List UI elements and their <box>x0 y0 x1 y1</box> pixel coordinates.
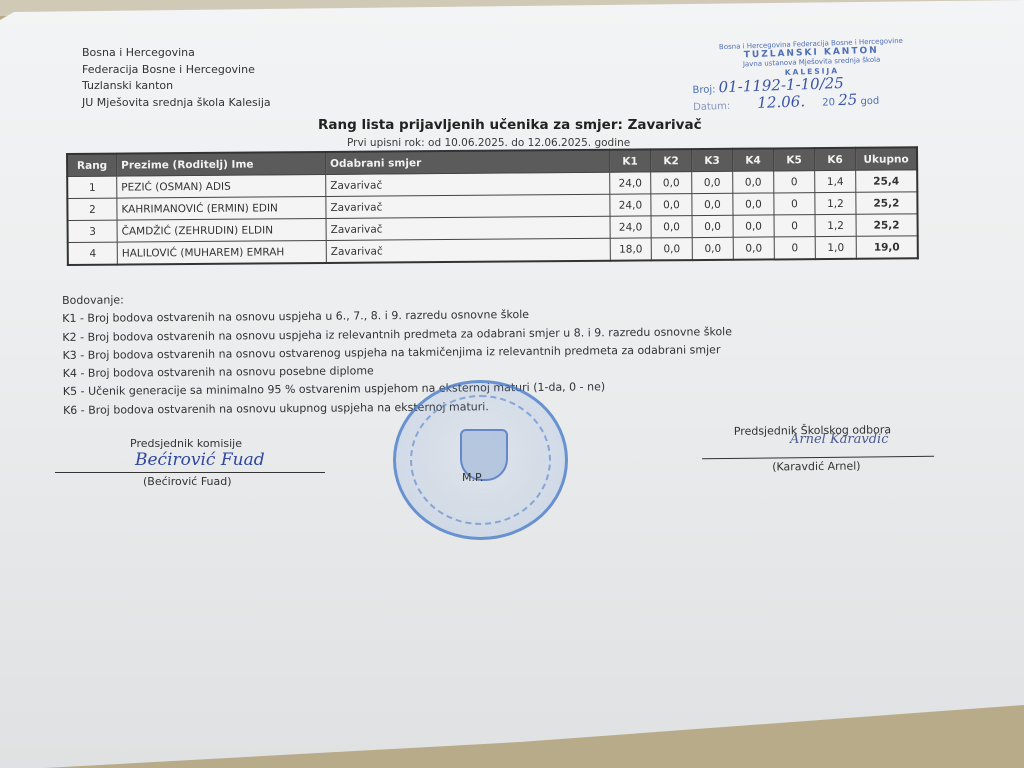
registry-date-label: Datum: <box>693 101 731 113</box>
cell-k6: 1,2 <box>815 192 856 214</box>
handwritten-signature-right: Arnel Karavdić <box>790 432 889 447</box>
document-page: Bosna i Hercegovina Federacija Bosne i H… <box>0 0 1024 768</box>
cell-ukupno: 25,2 <box>856 214 918 236</box>
cell-k2: 0,0 <box>651 172 692 194</box>
registry-date-value: 12.06. <box>757 92 805 112</box>
cell-ime: HALILOVIĆ (MUHAREM) EMRAH <box>117 240 326 264</box>
cell-k1: 18,0 <box>610 238 651 261</box>
cell-ukupno: 19,0 <box>856 236 918 259</box>
cell-k1: 24,0 <box>610 194 651 216</box>
institution-header: Bosna i Hercegovina Federacija Bosne i H… <box>82 45 271 111</box>
cell-k2: 0,0 <box>651 194 692 216</box>
cell-k5: 0 <box>774 171 815 193</box>
registry-year-suffix: god <box>860 96 879 108</box>
signature-label: Predsjednik komisije <box>130 437 325 450</box>
cell-k4: 0,0 <box>733 193 774 215</box>
stamp-place-label: M.P. <box>462 471 483 484</box>
col-ukupno: Ukupno <box>855 147 917 170</box>
cell-k5: 0 <box>774 193 815 215</box>
cell-smjer: Zavarivač <box>326 216 610 240</box>
cell-rang: 1 <box>67 176 117 198</box>
header-line: Tuzlanski kanton <box>82 78 271 95</box>
cell-rang: 4 <box>68 242 118 265</box>
col-rang: Rang <box>67 154 117 177</box>
document-title: Rang lista prijavljenih učenika za smjer… <box>318 117 702 133</box>
col-k2: K2 <box>650 149 691 172</box>
col-ime: Prezime (Roditelj) Ime <box>117 152 326 176</box>
registry-year-prefix: 20 <box>822 97 835 108</box>
col-smjer: Odabrani smjer <box>325 150 609 175</box>
registry-number-label: Broj: <box>692 84 715 96</box>
registry-year-value: 25 <box>838 90 858 109</box>
cell-ukupno: 25,2 <box>856 192 918 214</box>
cell-rang: 2 <box>67 198 117 220</box>
signature-line <box>55 472 325 473</box>
header-line: Federacija Bosne i Hercegovine <box>82 62 271 79</box>
cell-k3: 0,0 <box>692 237 733 260</box>
cell-k6: 1,4 <box>815 170 856 192</box>
col-k1: K1 <box>609 149 650 172</box>
cell-k2: 0,0 <box>651 238 692 261</box>
cell-k6: 1,0 <box>815 236 856 259</box>
cell-k3: 0,0 <box>692 215 733 237</box>
cell-k1: 24,0 <box>610 216 651 238</box>
board-signature-block: Predsjednik Školskog odbora (Karavdić Ar… <box>702 423 935 474</box>
cell-k1: 24,0 <box>610 172 651 194</box>
cell-ime: ČAMDŽIĆ (ZEHRUDIN) ELDIN <box>117 218 326 242</box>
cell-ime: PEZIĆ (OSMAN) ADIS <box>117 174 326 198</box>
cell-k5: 0 <box>774 237 815 260</box>
signatory-name: (Bećirović Fuad) <box>143 475 325 488</box>
col-k6: K6 <box>814 148 855 171</box>
cell-k2: 0,0 <box>651 216 692 238</box>
cell-k6: 1,2 <box>815 214 856 236</box>
cell-k4: 0,0 <box>733 171 774 193</box>
cell-k4: 0,0 <box>733 237 774 260</box>
handwritten-signature-left: Bećirović Fuad <box>135 450 265 470</box>
signatory-name: (Karavdić Arnel) <box>772 459 934 474</box>
cell-smjer: Zavarivač <box>326 194 610 218</box>
cell-k3: 0,0 <box>692 171 733 193</box>
official-round-stamp <box>393 380 568 540</box>
cell-k3: 0,0 <box>692 193 733 215</box>
cell-ime: KAHRIMANOVIĆ (ERMIN) EDIN <box>117 196 326 220</box>
cell-smjer: Zavarivač <box>326 238 610 263</box>
cell-smjer: Zavarivač <box>326 172 610 196</box>
registry-stamp: Bosna i Hercegovina Federacija Bosne i H… <box>691 36 933 112</box>
col-k5: K5 <box>773 148 814 171</box>
cell-k4: 0,0 <box>733 215 774 237</box>
cell-ukupno: 25,4 <box>856 170 918 192</box>
registry-number-row: Broj: 01-1192-1-10/25 <box>692 76 932 95</box>
col-k4: K4 <box>732 148 773 171</box>
cell-rang: 3 <box>68 220 118 242</box>
header-line: Bosna i Hercegovina <box>82 45 271 62</box>
ranking-table: Rang Prezime (Roditelj) Ime Odabrani smj… <box>66 146 919 266</box>
header-line: JU Mješovita srednja škola Kalesija <box>82 95 271 112</box>
cell-k5: 0 <box>774 215 815 237</box>
scoring-legend: Bodovanje: K1 - Broj bodova ostvarenih n… <box>62 286 733 420</box>
col-k3: K3 <box>691 149 732 172</box>
document-subtitle: Prvi upisni rok: od 10.06.2025. do 12.06… <box>347 137 630 149</box>
